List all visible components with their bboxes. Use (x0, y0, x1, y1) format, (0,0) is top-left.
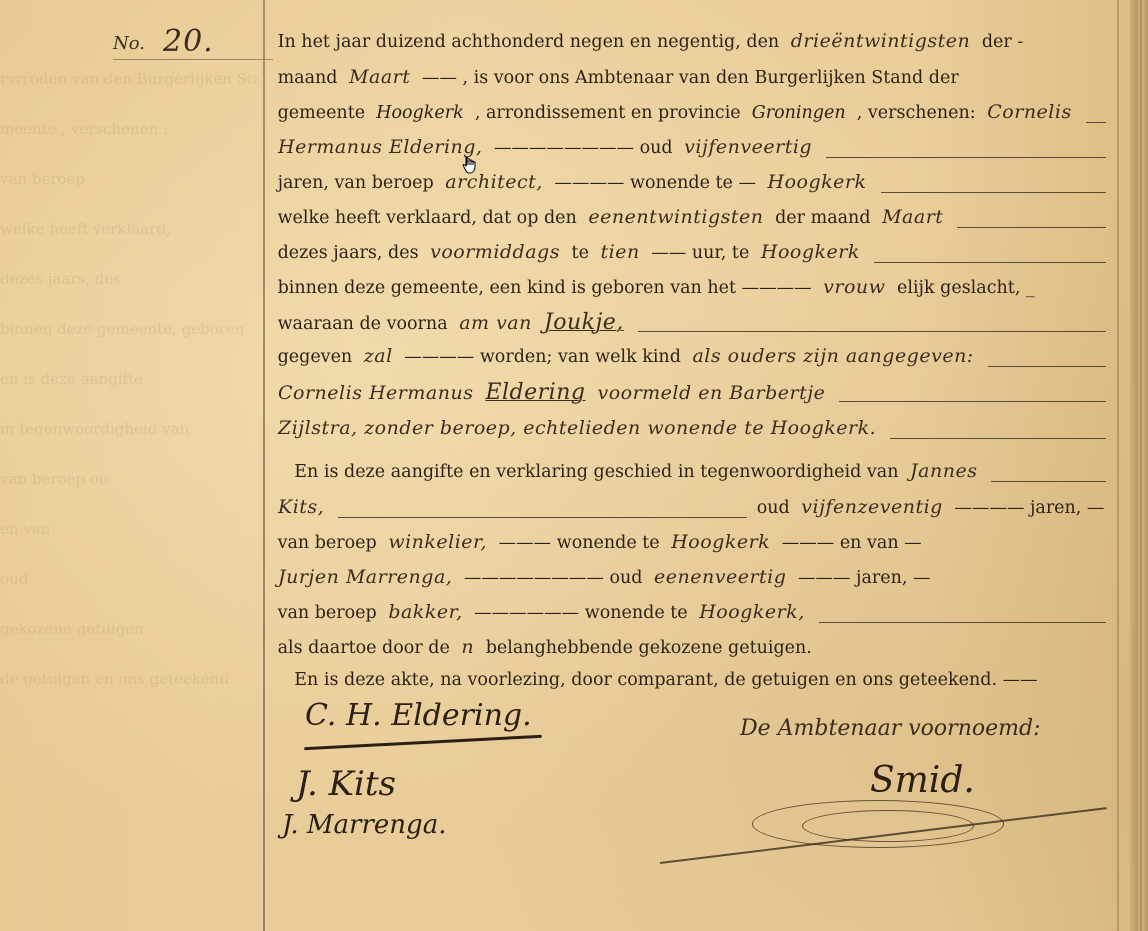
handwritten-entry: zal (358, 345, 399, 367)
printed-text: dezes jaars, des (272, 243, 424, 263)
handwritten-entry: Maart (876, 206, 949, 228)
record-number-underline (113, 59, 273, 60)
handwritten-entry: vijfenveertig (678, 136, 818, 158)
signature-underline (304, 735, 542, 750)
ghost-line: de getuigen en ons geteekend (0, 670, 258, 688)
printed-text: ——— jaren, — (792, 568, 936, 588)
certificate-line: als daartoe door de n belanghebbende gek… (272, 636, 1110, 670)
printed-text: belanghebbende gekozene getuigen. (480, 638, 817, 658)
certificate-line: van beroep bakker, —————— wonende te Hoo… (272, 601, 1110, 635)
printed-text: van beroep (272, 533, 382, 553)
record-number-label: No. (113, 33, 145, 54)
printed-text: En is deze akte, na voorlezing, door com… (272, 670, 1043, 690)
blank-rule (881, 192, 1107, 193)
handwritten-entry: voormiddags (424, 241, 566, 263)
certificate-line: Zijlstra, zonder beroep, echtelieden won… (272, 417, 1110, 451)
blank-rule (826, 157, 1106, 158)
printed-text: —— uur, te (646, 243, 755, 263)
printed-text: van beroep (272, 603, 382, 623)
certificate-line: gegeven zal ———— worden; van welk kind a… (272, 345, 1110, 379)
printed-text: binnen deze gemeente, een kind is gebore… (272, 278, 817, 298)
blank-rule (338, 517, 747, 518)
printed-text: In het jaar duizend achthonderd negen en… (272, 32, 785, 52)
signature-witness-2: J. Marrenga. (282, 810, 446, 840)
signature-witness-1: J. Kits (296, 764, 396, 804)
handwritten-entry: am van (453, 312, 538, 334)
printed-text: gegeven (272, 347, 358, 367)
ghost-line: rvrroden van den Burgerlijken Stand (0, 70, 258, 88)
printed-text: der - (976, 32, 1029, 52)
handwritten-entry: vrouw (817, 276, 891, 298)
certificate-line: Cornelis HermanusElderingvoormeld en Bar… (272, 380, 1110, 414)
handwritten-entry: tien (594, 241, 645, 263)
blank-rule (874, 262, 1106, 263)
handwritten-entry: Cornelis Hermanus (272, 382, 479, 404)
printed-text: —————— wonende te (469, 603, 694, 623)
handwritten-entry: Jannes (904, 460, 983, 482)
printed-italic-text: Groningen (746, 103, 851, 123)
printed-text: ———————— oud (458, 568, 648, 588)
handwritten-entry: n (455, 636, 480, 658)
blank-rule (890, 438, 1106, 439)
handwritten-entry: Jurjen Marrenga, (272, 566, 458, 588)
blank-rule (839, 401, 1106, 402)
certificate-line: gemeente Hoogkerk , arrondissement en pr… (272, 101, 1110, 135)
certificate-line: jaren, van beroep architect, ———— wonend… (272, 171, 1110, 205)
printed-text: —— , is voor ons Ambtenaar van den Burge… (416, 68, 964, 88)
printed-text: En is deze aangifte en verklaring geschi… (272, 462, 904, 482)
certificate-line: In het jaar duizend achthonderd negen en… (272, 30, 1110, 64)
blank-rule (988, 366, 1106, 367)
handwritten-entry: Eldering (479, 380, 591, 405)
handwritten-entry: Hermanus Eldering, (272, 136, 488, 158)
handwritten-entry: winkelier, (382, 531, 493, 553)
printed-text: oud (751, 498, 795, 518)
handwritten-entry: Maart (343, 66, 416, 88)
ghost-line: oud (0, 570, 258, 588)
handwritten-entry: Hoogkerk, (693, 601, 811, 623)
printed-text: elijk geslacht, _ (891, 278, 1040, 298)
printed-text: ———————— oud (488, 138, 678, 158)
printed-italic-text: Hoogkerk (371, 103, 470, 123)
printed-text: maand (272, 68, 343, 88)
ghost-line: welke heeft verklaard, (0, 220, 258, 238)
printed-text: ——— en van — (776, 533, 927, 553)
handwritten-entry: drieëntwintigsten (785, 30, 977, 52)
printed-text: , verschenen: (851, 103, 981, 123)
printed-text: te (566, 243, 595, 263)
ghost-line: en is deze aangifte (0, 370, 258, 388)
blank-rule (957, 227, 1106, 228)
right-rule (1117, 0, 1119, 931)
handwritten-entry: Hoogkerk (755, 241, 866, 263)
certificate-line: welke heeft verklaard, dat op den eenent… (272, 206, 1110, 240)
certificate-line: van beroep winkelier, ——— wonende te Hoo… (272, 531, 1110, 565)
signature-official: Smid. (870, 760, 975, 801)
handwritten-entry: eenenveertig (648, 566, 792, 588)
handwritten-entry: Zijlstra, zonder beroep, echtelieden won… (272, 417, 882, 439)
printed-text: ———— jaren, — (949, 498, 1110, 518)
ghost-line: en van (0, 520, 258, 538)
handwritten-entry: architect, (439, 171, 549, 193)
handwritten-entry: Kits, (272, 496, 330, 518)
ghost-line: gekozene getuigen (0, 620, 258, 638)
printed-text: der maand (770, 208, 877, 228)
certificate-line: waaraan de voorna am vanJoukje, (272, 310, 1110, 344)
ghost-line: van beroep ou (0, 470, 258, 488)
ghost-line: in tegenwoordigheid van (0, 420, 258, 438)
official-caption: De Ambtenaar voornoemd: (740, 716, 1040, 741)
certificate-line: Jurjen Marrenga, ———————— oud eenenveert… (272, 566, 1110, 600)
ghost-line: meente , verschenen : (0, 120, 258, 138)
record-number: 20. (163, 24, 214, 59)
ghost-line: dezes jaars, des (0, 270, 258, 288)
handwritten-entry: Hoogkerk (762, 171, 873, 193)
certificate-line: dezes jaars, des voormiddags te tien —— … (272, 241, 1110, 275)
blank-rule (819, 622, 1106, 623)
blank-rule (638, 331, 1106, 332)
handwritten-entry: Cornelis (981, 101, 1077, 123)
certificate-line: maand Maart —— , is voor ons Ambtenaar v… (272, 66, 1110, 100)
printed-text: als daartoe door de (272, 638, 455, 658)
document-page: rvrroden van den Burgerlijken Standmeent… (0, 0, 1148, 931)
certificate-line: Kits, oud vijfenzeventig ———— jaren, — (272, 496, 1110, 530)
margin-rule (263, 0, 265, 931)
signature-declarant: C. H. Eldering. (305, 698, 532, 733)
certificate-line: binnen deze gemeente, een kind is gebore… (272, 276, 1110, 310)
printed-text: ———— worden; van welk kind (399, 347, 687, 367)
printed-text: gemeente (272, 103, 371, 123)
printed-text: ——— wonende te (493, 533, 665, 553)
printed-text: welke heeft verklaard, dat op den (272, 208, 582, 228)
handwritten-entry: bakker, (382, 601, 468, 623)
page-binding-edge (1130, 0, 1148, 931)
printed-text: , arrondissement en provincie (469, 103, 746, 123)
certificate-line: En is deze aangifte en verklaring geschi… (272, 460, 1110, 494)
hand-cursor-icon (462, 156, 478, 174)
handwritten-entry: Joukje, (538, 310, 630, 335)
handwritten-entry: voormeld en Barbertje (591, 382, 831, 404)
certificate-line: Hermanus Eldering, ———————— oud vijfenve… (272, 136, 1110, 170)
blank-rule (991, 481, 1106, 482)
printed-text: ———— wonende te — (549, 173, 762, 193)
ghost-line: binnen deze gemeente, geboren (0, 320, 258, 338)
printed-text: jaren, van beroep (272, 173, 439, 193)
handwritten-entry: Hoogkerk (665, 531, 776, 553)
page-binding-line (1140, 0, 1142, 931)
handwritten-entry: vijfenzeventig (795, 496, 949, 518)
handwritten-entry: als ouders zijn aangegeven: (686, 345, 979, 367)
handwritten-entry: eenentwintigsten (582, 206, 769, 228)
printed-text: waaraan de voorna (272, 314, 453, 334)
ghost-line: van beroep (0, 170, 258, 188)
blank-rule (1086, 122, 1106, 123)
